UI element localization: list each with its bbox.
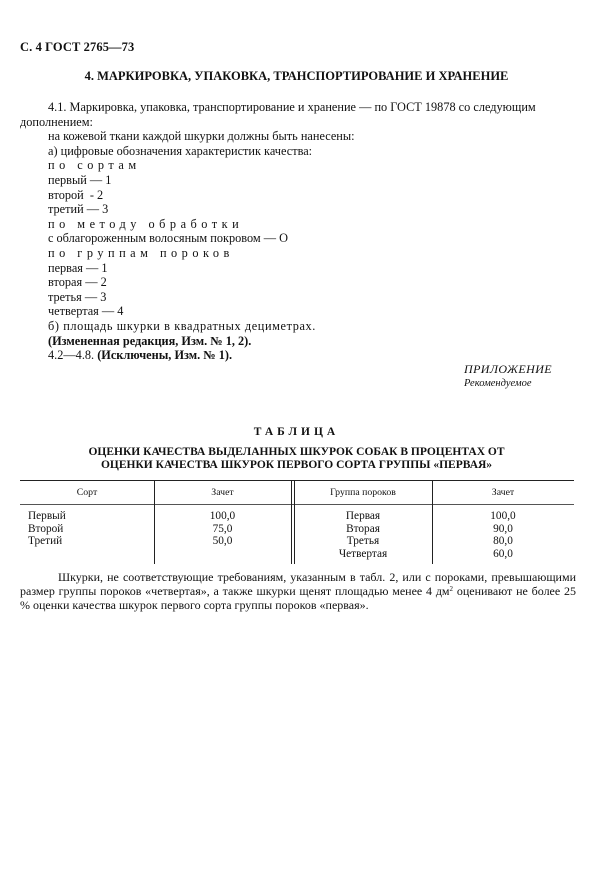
excluded-text: (Исключены, Изм. № 1). [97,348,232,362]
defect-group-name: Четвертая [294,548,432,561]
grade-name: Первый [28,510,148,523]
grade-column: Первый Второй Третий [28,510,148,548]
table-note: Шкурки, не соответствующие требованиям, … [20,570,576,613]
table-title: ОЦЕНКИ КАЧЕСТВА ВЫДЕЛАННЫХ ШКУРОК СОБАК … [0,446,593,472]
header-credit: Зачет [432,487,574,498]
page-header: С. 4 ГОСТ 2765—73 [20,40,134,55]
defect-item: третья — 3 [20,290,575,305]
excluded-prefix: 4.2—4.8. [48,348,97,362]
defect-item: первая — 1 [20,261,575,276]
header-grade: Сорт [20,487,154,498]
defect-credit-column: 100,0 90,0 80,0 60,0 [432,510,574,560]
grade-name: Третий [28,535,148,548]
by-processing-heading: по методу обработки [20,217,575,232]
defect-group-name: Первая [294,510,432,523]
appendix-title: ПРИЛОЖЕНИЕ [464,362,552,377]
appendix-subtitle: Рекомендуемое [464,378,552,389]
grade-credit: 100,0 [154,510,291,523]
by-grade-heading: по сортам [20,158,575,173]
section-body: 4.1. Маркировка, упаковка, транспортиров… [20,100,575,363]
grade-credit: 50,0 [154,535,291,548]
defect-item: вторая — 2 [20,275,575,290]
excluded-note: 4.2—4.8. (Исключены, Изм. № 1). [20,348,575,363]
amended-note: (Измененная редакция, Изм. № 1, 2). [20,334,575,349]
table-title-line: ОЦЕНКИ КАЧЕСТВА ШКУРОК ПЕРВОГО СОРТА ГРУ… [0,459,593,472]
paragraph-4-1-continuation: дополнением: [20,115,575,130]
grade-name: Второй [28,523,148,536]
quality-table: Сорт Зачет Группа пороков Зачет Первый В… [20,480,574,564]
grade-credit-column: 100,0 75,0 50,0 [154,510,291,548]
table-title-line: ОЦЕНКИ КАЧЕСТВА ВЫДЕЛАННЫХ ШКУРОК СОБАК … [0,446,593,459]
body-line: на кожевой ткани каждой шкурки должны бы… [20,129,575,144]
defect-credit: 90,0 [432,523,574,536]
defect-group-name: Вторая [294,523,432,536]
table-header-rule [20,504,574,505]
appendix-label: ПРИЛОЖЕНИЕ Рекомендуемое [464,362,552,389]
defect-credit: 80,0 [432,535,574,548]
item-b: б) площадь шкурки в квадратных дециметра… [20,319,575,334]
by-defect-heading: по группам пороков [20,246,575,261]
defect-credit: 100,0 [432,510,574,523]
grade-credit: 75,0 [154,523,291,536]
section-title: 4. МАРКИРОВКА, УПАКОВКА, ТРАНСПОРТИРОВАН… [0,69,593,84]
defect-group-name: Третья [294,535,432,548]
table-divider [291,480,292,564]
header-defect-group: Группа пороков [294,487,432,498]
header-credit: Зачет [154,487,291,498]
table-top-rule [20,480,574,481]
table-caption: ТАБЛИЦА [0,426,593,438]
defect-group-column: Первая Вторая Третья Четвертая [294,510,432,560]
defect-item: четвертая — 4 [20,304,575,319]
grade-item: второй - 2 [20,188,575,203]
processing-item: с облагороженным волосяным покровом — О [20,231,575,246]
body-line: а) цифровые обозначения характеристик ка… [20,144,575,159]
defect-credit: 60,0 [432,548,574,561]
paragraph-4-1: 4.1. Маркировка, упаковка, транспортиров… [20,100,575,115]
grade-item: первый — 1 [20,173,575,188]
grade-item: третий — 3 [20,202,575,217]
